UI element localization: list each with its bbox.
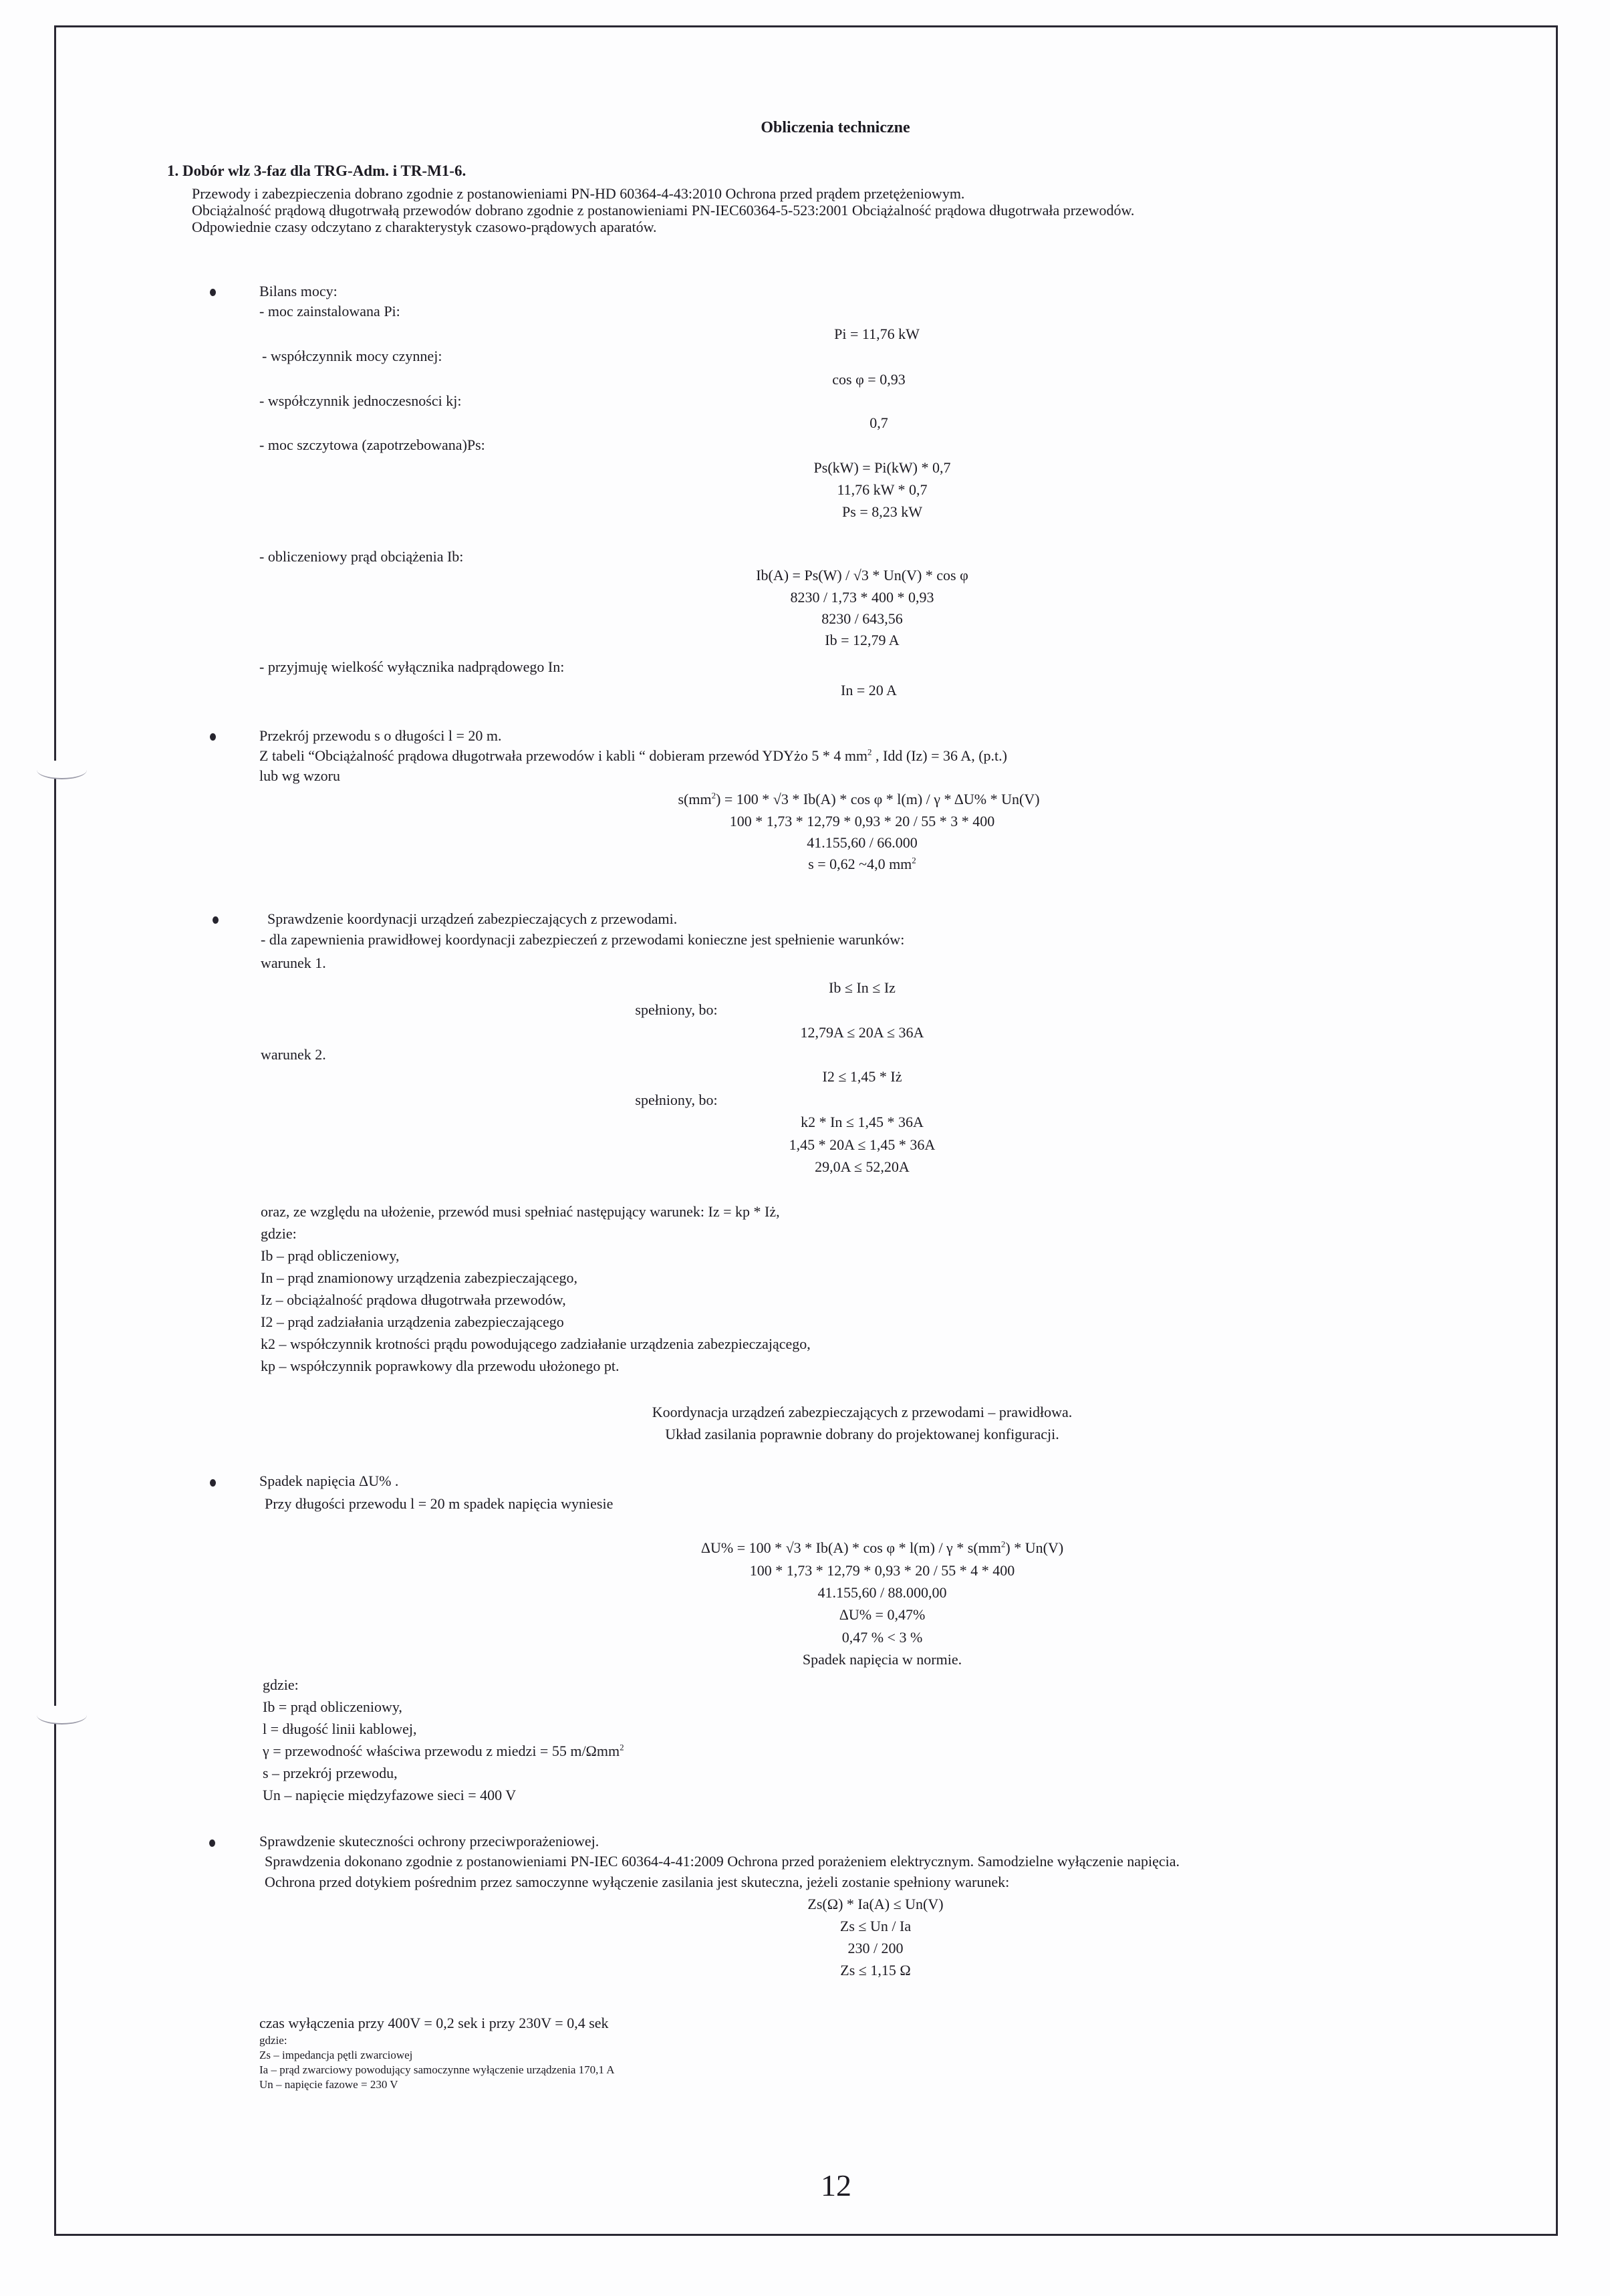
- punch-hole: [37, 761, 87, 779]
- spadek-calc: 100 * 1,73 * 12,79 * 0,93 * 20 / 55 * 4 …: [750, 1562, 1015, 1579]
- warunek-2-formula: I2 ≤ 1,45 * Iż: [823, 1068, 902, 1086]
- ochrona-line: Ochrona przed dotykiem pośrednim przez s…: [265, 1874, 1009, 1891]
- warunek-1-formula: Ib ≤ In ≤ Iz: [829, 979, 896, 997]
- warunek-2-check: 29,0A ≤ 52,20A: [815, 1158, 910, 1176]
- conclusion-line: Koordynacja urządzeń zabezpieczających z…: [652, 1404, 1073, 1421]
- ib-formula: Ib(A) = Ps(W) / √3 * Un(V) * cos φ: [756, 567, 968, 584]
- section-heading: 1. Dobór wlz 3-faz dla TRG-Adm. i TR-M1-…: [167, 162, 466, 180]
- spadek-calc: 41.155,60 / 88.000,00: [817, 1584, 946, 1602]
- legend-item: Iz – obciążalność prądowa długotrwała pr…: [261, 1291, 566, 1309]
- legend-item: l = długość linii kablowej,: [263, 1720, 417, 1738]
- pi-value: Pi = 11,76 kW: [834, 326, 920, 343]
- legend-item: Ia – prąd zwarciowy powodujący samoczynn…: [259, 2063, 615, 2077]
- spadek-verdict: Spadek napięcia w normie.: [803, 1651, 962, 1668]
- oraz-line: oraz, ze względu na ułożenie, przewód mu…: [261, 1203, 780, 1221]
- legend-item: Ib – prąd obliczeniowy,: [261, 1247, 400, 1265]
- warunek-2-check: k2 * In ≤ 1,45 * 36A: [801, 1114, 924, 1131]
- legend-item: I2 – prąd zadziałania urządzenia zabezpi…: [261, 1313, 564, 1331]
- bullet-icon: [210, 289, 216, 296]
- cos-value: cos φ = 0,93: [832, 371, 905, 388]
- przekroj-formula: s(mm2) = 100 * √3 * Ib(A) * cos φ * l(m)…: [678, 791, 1039, 808]
- legend-item: Un – napięcie międzyfazowe sieci = 400 V: [263, 1787, 516, 1804]
- przekroj-result: s = 0,62 ~4,0 mm2: [808, 856, 916, 873]
- spadek-compare: 0,47 % < 3 %: [842, 1629, 923, 1646]
- gdzie-label: gdzie:: [261, 1225, 297, 1243]
- przekroj-table-line: Z tabeli “Obciążalność prądowa długotrwa…: [259, 747, 1007, 765]
- gdzie-label: gdzie:: [259, 2034, 287, 2047]
- ib-label: - obliczeniowy prąd obciążenia Ib:: [259, 548, 463, 565]
- warunek-2-label: warunek 2.: [261, 1046, 326, 1063]
- legend-item: k2 – współczynnik krotności prądu powodu…: [261, 1335, 811, 1353]
- przekroj-wzor: lub wg wzoru: [259, 767, 340, 785]
- ochrona-formula: Zs ≤ Un / Ia: [840, 1918, 911, 1935]
- warunek-2-ok: spełniony, bo:: [635, 1092, 717, 1109]
- gdzie-label: gdzie:: [263, 1676, 299, 1694]
- warunek-1-label: warunek 1.: [261, 954, 326, 972]
- przekroj-calc: 100 * 1,73 * 12,79 * 0,93 * 20 / 55 * 3 …: [730, 813, 995, 830]
- bullet-icon: [209, 1839, 215, 1847]
- spadek-formula: ΔU% = 100 * √3 * Ib(A) * cos φ * l(m) / …: [701, 1539, 1063, 1557]
- conclusion-line: Układ zasilania poprawnie dobrany do pro…: [665, 1426, 1059, 1443]
- page-title: Obliczenia techniczne: [761, 119, 910, 136]
- ps-result: Ps = 8,23 kW: [842, 503, 922, 521]
- in-label: - przyjmuję wielkość wyłącznika nadprądo…: [259, 658, 564, 676]
- ib-calc2: 8230 / 643,56: [821, 610, 903, 628]
- legend-item: s – przekrój przewodu,: [263, 1765, 398, 1782]
- ochrona-line: Sprawdzenia dokonano zgodnie z postanowi…: [265, 1853, 1180, 1870]
- kj-value: 0,7: [869, 414, 888, 432]
- warunek-2-check: 1,45 * 20A ≤ 1,45 * 36A: [789, 1136, 936, 1154]
- legend-item: γ = przewodność właściwa przewodu z mied…: [263, 1743, 624, 1760]
- ochrona-formula: Zs(Ω) * Ia(A) ≤ Un(V): [807, 1896, 943, 1913]
- bullet-icon: [210, 733, 216, 741]
- koordynacja-heading: Sprawdzenie koordynacji urządzeń zabezpi…: [267, 910, 677, 928]
- ochrona-heading: Sprawdzenie skuteczności ochrony przeciw…: [259, 1833, 599, 1850]
- ps-label: - moc szczytowa (zapotrzebowana)Ps:: [259, 436, 485, 454]
- ochrona-formula: 230 / 200: [847, 1940, 903, 1957]
- in-value: In = 20 A: [841, 682, 897, 699]
- cos-label: - współczynnik mocy czynnej:: [262, 348, 442, 365]
- legend-item: kp – współczynnik poprawkowy dla przewod…: [261, 1358, 619, 1375]
- bilans-heading: Bilans mocy:: [259, 283, 338, 300]
- ib-result: Ib = 12,79 A: [825, 632, 899, 649]
- punch-hole: [37, 1706, 87, 1725]
- ochrona-result: Zs ≤ 1,15 Ω: [840, 1962, 910, 1979]
- ps-formula: Ps(kW) = Pi(kW) * 0,7: [814, 459, 951, 477]
- przekroj-heading: Przekrój przewodu s o długości l = 20 m.: [259, 727, 502, 745]
- intro-line: Przewody i zabezpieczenia dobrano zgodni…: [192, 185, 964, 203]
- legend-item: Zs – impedancja pętli zwarciowej: [259, 2049, 412, 2062]
- legend-item: Un – napięcie fazowe = 230 V: [259, 2078, 398, 2091]
- kj-label: - współczynnik jednoczesności kj:: [259, 392, 461, 410]
- spadek-heading: Spadek napięcia ΔU% .: [259, 1473, 398, 1490]
- intro-line: Obciążalność prądową długotrwałą przewod…: [192, 202, 1134, 219]
- ib-calc: 8230 / 1,73 * 400 * 0,93: [790, 589, 934, 606]
- koordynacja-intro: - dla zapewnienia prawidłowej koordynacj…: [261, 931, 904, 948]
- legend-item: In – prąd znamionowy urządzenia zabezpie…: [261, 1269, 577, 1287]
- spadek-result: ΔU% = 0,47%: [839, 1606, 926, 1624]
- czas-line: czas wyłączenia przy 400V = 0,2 sek i pr…: [259, 2015, 609, 2032]
- ps-calc: 11,76 kW * 0,7: [837, 481, 927, 499]
- przekroj-calc2: 41.155,60 / 66.000: [807, 834, 918, 852]
- page-number: 12: [821, 2168, 851, 2203]
- intro-line: Odpowiednie czasy odczytano z charaktery…: [192, 219, 657, 236]
- bullet-icon: [210, 1479, 216, 1487]
- warunek-1-check: 12,79A ≤ 20A ≤ 36A: [801, 1024, 924, 1041]
- warunek-1-ok: spełniony, bo:: [635, 1001, 717, 1019]
- bullet-icon: [213, 916, 219, 924]
- legend-item: Ib = prąd obliczeniowy,: [263, 1698, 402, 1716]
- pi-label: - moc zainstalowana Pi:: [259, 303, 400, 320]
- spadek-intro: Przy długości przewodu l = 20 m spadek n…: [265, 1495, 613, 1513]
